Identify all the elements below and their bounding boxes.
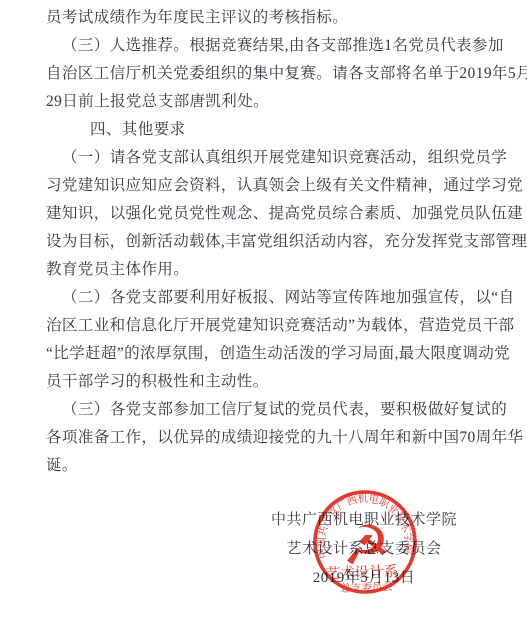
official-seal: 中国共产党广西机电职业技术学院 ☭ 艺术设计系 总支委员会 (309, 486, 421, 598)
document-line: 教育党员主体作用。 (46, 256, 494, 284)
document-line: 诞。 (46, 452, 494, 480)
document-line: 四、其他要求 (46, 116, 494, 144)
seal-committee-text: 总支委员会 (340, 580, 393, 595)
document-line: 员考试成绩作为年度民主评议的考核指标。 (46, 4, 494, 32)
document-line: 29日前上报党总支部唐凯利处。 (46, 88, 494, 116)
seal-dept-text: 艺术设计系 (326, 563, 399, 583)
document-line: （三）各党支部参加工信厅复试的党员代表，要积极做好复试的 (46, 396, 494, 424)
document-line: “比学赶超”的浓厚氛围，创造生动活泼的学习局面,最大限度调动党 (46, 340, 494, 368)
document-line: （三）人选推荐。根据竞赛结果,由各支部推选1名党员代表参加 (46, 32, 494, 60)
document-line: 员干部学习的积极性和主动性。 (46, 368, 494, 396)
document-body: 员考试成绩作为年度民主评议的考核指标。（三）人选推荐。根据竞赛结果,由各支部推选… (46, 4, 494, 480)
document-line: 设为目标，创新活动载体,丰富党组织活动内容，充分发挥党支部管理 (46, 228, 494, 256)
document-line: （二）各党支部要利用好板报、网站等宣传阵地加强宣传，以“自 (46, 284, 494, 312)
document-line: 自治区工信厅机关党委组织的集中复赛。请各支部将名单于2019年5月 (46, 60, 494, 88)
official-seal-graphic: 中国共产党广西机电职业技术学院 ☭ 艺术设计系 总支委员会 (309, 486, 421, 598)
document-page: 员考试成绩作为年度民主评议的考核指标。（三）人选推荐。根据竞赛结果,由各支部推选… (0, 0, 527, 627)
document-line: 建知识，以强化党员党性观念、提高党员综合素质、加强党员队伍建 (46, 200, 494, 228)
document-line: 习党建知识应知应会资料，认真领会上级有关文件精神，通过学习党 (46, 172, 494, 200)
document-line: 治区工业和信息化厅开展党建知识竞赛活动”为载体，营造党员干部 (46, 312, 494, 340)
document-line: （一）请各党支部认真组织开展党建知识竞赛活动，组织党员学 (46, 144, 494, 172)
document-line: 各项准备工作，以优异的成绩迎接党的九十八周年和新中国70周年华 (46, 424, 494, 452)
